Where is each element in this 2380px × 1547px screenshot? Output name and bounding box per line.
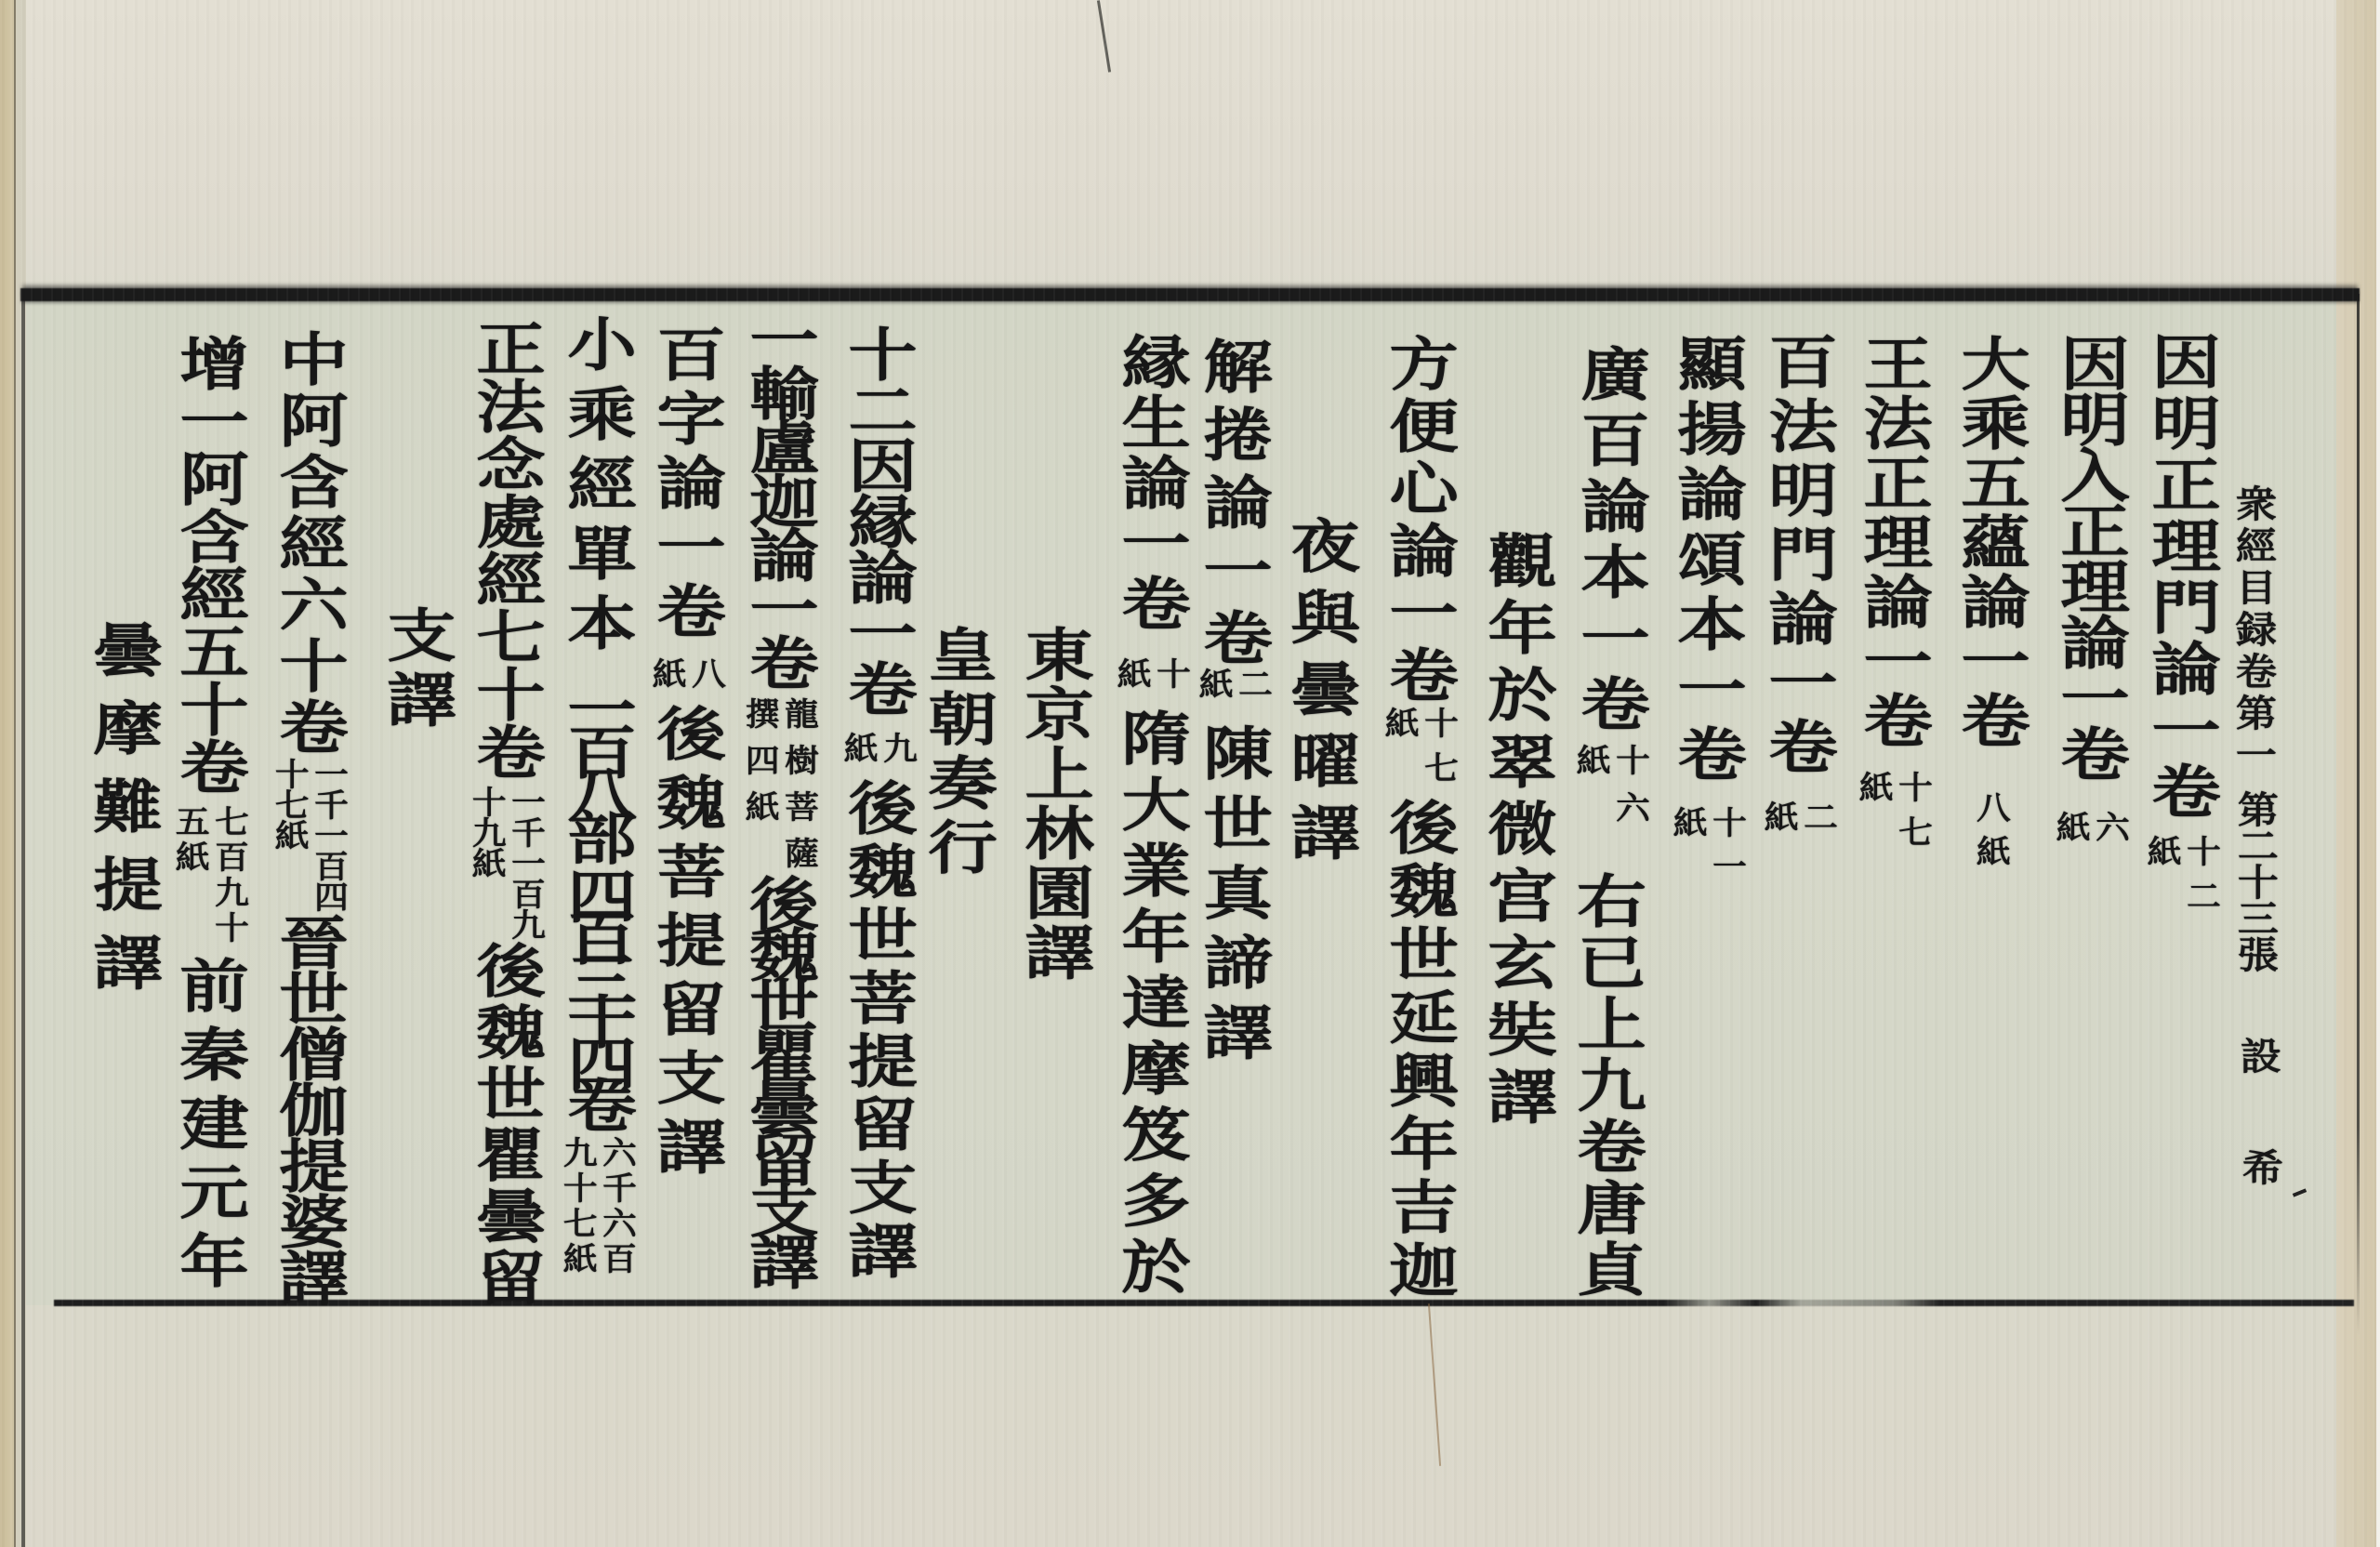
document-page: 衆經目録卷第一 第二十三張 設 希 因明正理門論一卷 十二紙 因明入正理論一卷 …	[0, 0, 2380, 1547]
title-text: 正法念處經七十卷	[470, 319, 539, 780]
note-line-left: 十九紙	[466, 786, 506, 878]
margin-mark: 設	[2237, 1037, 2278, 1074]
title-text: 一輸盧迦論一卷	[744, 310, 813, 687]
section-count-text: 一百八部	[562, 680, 630, 851]
note-line-right: 十	[1150, 657, 1190, 700]
sheet-count-note: 十七紙	[1853, 771, 1931, 860]
note-line-left: 紙	[2050, 811, 2090, 853]
page-edge-right	[2376, 0, 2380, 1547]
note-line-left: 紙	[1111, 657, 1151, 700]
title-text: 解捲論一卷	[1197, 337, 1266, 676]
sheet-count-note: 十紙	[1111, 657, 1189, 700]
frame-line-right	[2357, 294, 2360, 1335]
translator-text: 陳世真諦譯	[1197, 723, 1266, 1072]
frame-rule-top	[20, 288, 2360, 301]
translator-text: 晉世僧伽提婆譯	[273, 913, 342, 1303]
lower-margin	[15, 1305, 2336, 1547]
note-line-right: 七百九十	[208, 805, 248, 946]
note-line-left: 紙	[1758, 800, 1798, 843]
translator-text: 隋大業年達摩笈多於	[1116, 708, 1184, 1302]
note-line-right: 十一	[1706, 806, 1746, 893]
frame-rule-bottom	[54, 1300, 2354, 1306]
sheet-count-note: 七百九十五紙	[169, 805, 247, 946]
note-line-left: 紙	[1853, 771, 1893, 815]
note-line-right: 八	[685, 657, 725, 700]
translator-text: 後魏菩提留支譯	[651, 704, 720, 1185]
sheet-number: 第二十三張	[2234, 790, 2275, 972]
title-text: 因明入正理論一卷	[2055, 334, 2123, 780]
translator-text: 後魏世瞿曇留支譯	[744, 874, 813, 1283]
note-line-right: 一千一百九	[505, 786, 545, 939]
title-text: 縁生論一卷	[1116, 332, 1184, 634]
sheet-count-note: 十一紙	[1667, 806, 1745, 893]
note-line-right: 龍樹菩薩	[778, 697, 818, 883]
note-line-right: 六千六百	[596, 1136, 636, 1277]
margin-mark: 希	[2239, 1148, 2280, 1185]
translator-text: 夜與曇曜譯	[1285, 516, 1354, 874]
translator-text: 觀年於翠微宫玄奘譯	[1482, 531, 1551, 1133]
sheet-count-note: 六千六百九十七紙	[557, 1136, 635, 1277]
sheet-count-note: 一千一百四十七紙	[269, 758, 347, 911]
sheet-count-note: 二紙	[1758, 800, 1836, 843]
note-line-right: 六	[2089, 811, 2129, 853]
note-line-left: 紙	[1379, 707, 1419, 751]
sheet-count-note: 六紙	[2050, 811, 2128, 853]
sheet-count-note: 一千一百九十九紙	[466, 786, 544, 939]
title-text: 十二因縁論一卷	[842, 324, 911, 715]
title-text: 因明正理門論一卷	[2146, 332, 2215, 823]
translator-text: 東京上林園譯	[1019, 625, 1088, 982]
note-line-left: 撰四紙	[739, 697, 779, 837]
note-line-left: 五紙	[169, 805, 209, 876]
translator-text: 後魏世瞿曇留	[470, 941, 539, 1309]
sheet-count-note: 十七紙	[1379, 707, 1457, 796]
note-line-left: 十七紙	[269, 758, 309, 850]
sheet-count-note: 十二紙	[2141, 835, 2219, 924]
sheet-count-note: 十六紙	[1570, 744, 1648, 839]
note-line-right: 十二	[2180, 835, 2220, 924]
title-text: 王法正理論一卷	[1858, 334, 1926, 750]
author-sheet-note: 龍樹菩薩撰四紙	[739, 697, 817, 883]
note-line-left: 紙	[1570, 744, 1610, 791]
translator-text: 後魏世延興年吉迦	[1383, 798, 1452, 1303]
section-count-text: 四百三十四卷	[562, 866, 630, 1117]
frame-line-left	[21, 292, 25, 1547]
note-line-left: 紙	[1667, 806, 1707, 850]
section-heading: 小乘經單本	[562, 314, 630, 663]
sheet-count-note: 九紙	[838, 732, 916, 774]
translator-text: 後魏世菩提留支譯	[842, 778, 911, 1284]
sheet-count-note: 八紙	[1970, 791, 2009, 879]
title-text: 增一阿含經五十卷	[174, 334, 243, 795]
title-text: 百法明門論一卷	[1763, 332, 1831, 781]
upper-margin	[15, 0, 2336, 294]
margin-title: 衆經目録卷第一	[2232, 484, 2273, 777]
note-line-right: 十七	[1892, 771, 1932, 860]
note-line-left: 紙	[2141, 835, 2181, 879]
note-line: 八紙	[1970, 791, 2010, 879]
note-line-left: 紙	[838, 732, 878, 774]
note-line-right: 九	[877, 732, 917, 774]
translator-text: 前秦建元年	[174, 956, 243, 1300]
note-line-left: 九十七紙	[557, 1136, 597, 1277]
note-line-right: 二	[1797, 800, 1837, 843]
note-line-right: 十七	[1418, 707, 1458, 796]
translator-text: 右已上九卷唐貞	[1571, 871, 1640, 1301]
sheet-count-note: 二紙	[1193, 668, 1271, 710]
translator-text: 曇摩難提譯	[87, 620, 156, 1011]
title-text: 方便心論一卷	[1383, 334, 1452, 707]
note-line-right: 十六	[1609, 744, 1649, 839]
note-line-left: 紙	[1193, 668, 1233, 710]
translator-text: 支譯	[381, 605, 450, 734]
sheet-count-note: 八紙	[646, 657, 724, 700]
title-text: 中阿含經六十卷	[273, 329, 342, 759]
binding-edge-left	[0, 0, 14, 1547]
note-line-right: 一千一百四	[308, 758, 348, 911]
note-line-left: 紙	[646, 657, 686, 700]
title-text: 廣百論本一卷	[1575, 344, 1644, 740]
title-text: 顯揚論頌本一卷	[1672, 334, 1740, 789]
title-text: 大乘五蘊論一卷	[1955, 334, 2024, 750]
title-text: 百字論一卷	[651, 324, 720, 645]
royal-note-text: 皇朝奏行	[922, 625, 991, 881]
note-line-right: 二	[1232, 668, 1272, 710]
